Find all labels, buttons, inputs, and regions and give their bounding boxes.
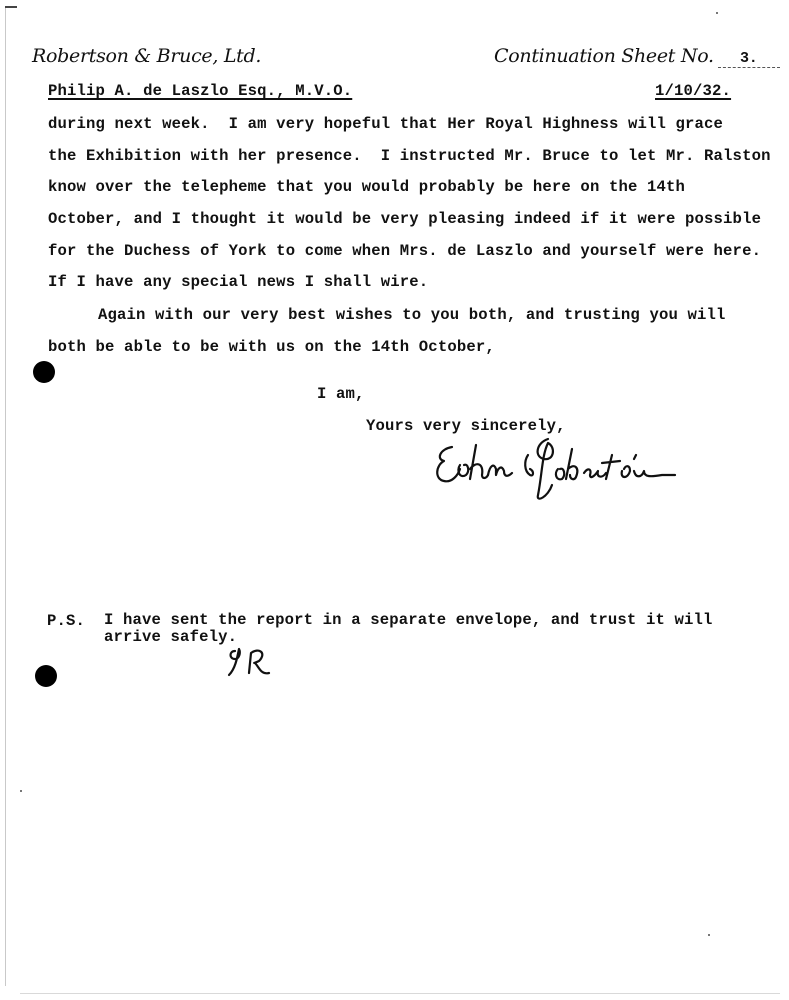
body-line: Again with our very best wishes to you b… (98, 306, 726, 324)
body-line: for the Duchess of York to come when Mrs… (48, 242, 761, 260)
body-line: both be able to be with us on the 14th O… (48, 338, 495, 356)
addressee: Philip A. de Laszlo Esq., M.V.O. (48, 82, 352, 100)
valediction: Yours very sincerely, (366, 417, 566, 435)
body-line: know over the telepheme that you would p… (48, 178, 685, 196)
scan-speck (20, 790, 22, 792)
postscript-line: arrive safely. (104, 629, 237, 646)
punch-hole (35, 665, 57, 687)
postscript-line: I have sent the report in a separate env… (104, 612, 713, 629)
body-line: during next week. I am very hopeful that… (48, 115, 723, 133)
body-line: If I have any special news I shall wire. (48, 273, 428, 291)
continuation-sheet: Continuation Sheet No.3. (494, 45, 780, 68)
letter-date: 1/10/32. (655, 82, 731, 100)
scan-speck (716, 12, 718, 14)
page-edge-bottom (20, 993, 780, 994)
punch-hole (33, 361, 55, 383)
scan-speck (708, 934, 710, 936)
letter-page: Robertson & Bruce, Ltd. Continuation She… (0, 0, 789, 1000)
postscript-label: P.S. (47, 612, 85, 630)
initials-icon: JR (225, 643, 275, 683)
sheet-number: 3. (718, 50, 780, 68)
continuation-label: Continuation Sheet No. (494, 45, 714, 67)
body-line: the Exhibition with her presence. I inst… (48, 147, 771, 165)
page-edge-left (5, 6, 6, 986)
letterhead-company: Robertson & Bruce, Ltd. (32, 45, 261, 67)
body-line: October, and I thought it would be very … (48, 210, 761, 228)
closing-phrase: I am, (317, 385, 365, 403)
page-edge-top-mark (5, 6, 17, 8)
signature-icon: John Robertson (430, 435, 680, 505)
